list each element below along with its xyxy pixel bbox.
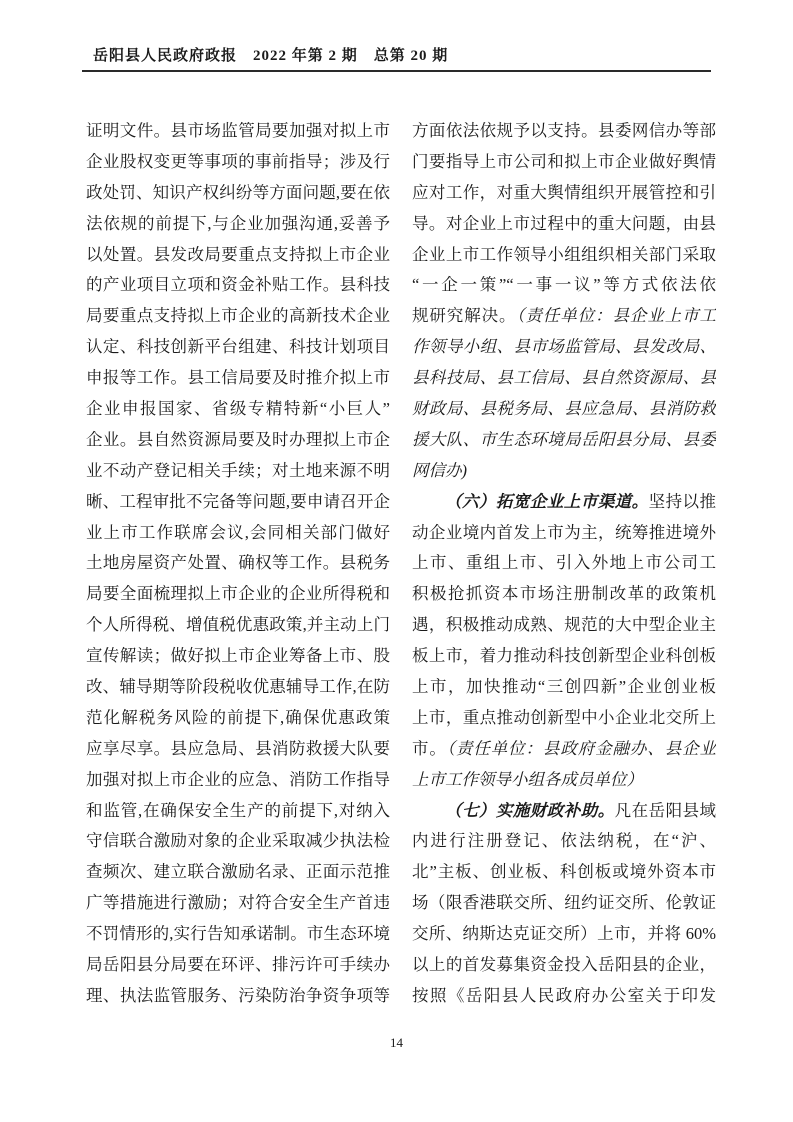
body-text: “一企一策”“一事一议”等方式依法依 bbox=[412, 275, 716, 294]
body-text: 市。 bbox=[412, 739, 447, 758]
text-line: 方面依法依规予以支持。县委网信办等部 bbox=[412, 116, 716, 147]
body-text: 企业申报国家、省级专精特新“小巨人” bbox=[86, 399, 390, 418]
body-columns: 证明文件。县市场监管局要加强对拟上市企业股权变更等事项的事前指导；涉及行政处罚、… bbox=[86, 116, 716, 1012]
text-line: 业上市工作联席会议,会同相关部门做好 bbox=[86, 518, 390, 549]
body-text: 土地房屋资产处置、确权等工作。县税务 bbox=[86, 553, 390, 572]
text-line: 个人所得税、增值税优惠政策,并主动上门 bbox=[86, 610, 390, 641]
body-text: 凡在岳阳县域 bbox=[615, 801, 716, 820]
text-line: 认定、科技创新平台组建、科技计划项目 bbox=[86, 332, 390, 363]
text-line: （七）实施财政补助。凡在岳阳县域 bbox=[412, 796, 716, 827]
body-text: 改、辅导期等阶段税收优惠辅导工作,在防 bbox=[86, 677, 390, 696]
text-line: 以处置。县发改局要重点支持拟上市企业 bbox=[86, 240, 390, 271]
text-line: 加强对拟上市企业的应急、消防工作指导 bbox=[86, 765, 390, 796]
text-line: 作领导小组、县市场监管局、县发改局、 bbox=[412, 332, 716, 363]
body-text: 范化解税务风险的前提下,确保优惠政策 bbox=[86, 708, 390, 727]
text-line: 上市，重点推动创新型中小企业北交所上 bbox=[412, 703, 716, 734]
text-line: 应对工作，对重大舆情组织开展管控和引 bbox=[412, 178, 716, 209]
text-line: 企业。县自然资源局要及时办理拟上市企 bbox=[86, 425, 390, 456]
body-text: 宣传解读；做好拟上市企业筹备上市、股 bbox=[86, 646, 390, 665]
text-line: 县科技局、县工信局、县自然资源局、县 bbox=[412, 363, 716, 394]
body-text: 的产业项目立项和资金补贴工作。县科技 bbox=[86, 275, 390, 294]
text-line: 申报等工作。县工信局要及时推介拟上市 bbox=[86, 363, 390, 394]
body-text: 不罚情形的,实行告知承诺制。市生态环境 bbox=[86, 924, 390, 943]
emphasis-text: （责任单位：县企业上市工 bbox=[516, 306, 716, 325]
body-text: 企业上市工作领导小组组织相关部门采取 bbox=[412, 245, 716, 264]
text-line: 局岳阳县分局要在环评、排污许可手续办 bbox=[86, 950, 390, 981]
body-text: 上市，重点推动创新型中小企业北交所上 bbox=[412, 708, 716, 727]
text-line: 门要指导上市公司和拟上市企业做好舆情 bbox=[412, 147, 716, 178]
text-line: 遇，积极推动成熟、规范的大中型企业主 bbox=[412, 610, 716, 641]
emphasis-text: 援大队、市生态环境局岳阳县分局、县委 bbox=[412, 430, 716, 449]
body-text: 以处置。县发改局要重点支持拟上市企业 bbox=[86, 245, 390, 264]
body-text: 法依规的前提下,与企业加强沟通,妥善予 bbox=[86, 214, 390, 233]
text-line: 交所、纳斯达克证交所）上市，并将 60% bbox=[412, 919, 716, 950]
text-line: 援大队、市生态环境局岳阳县分局、县委 bbox=[412, 425, 716, 456]
text-line: 晰、工程审批不完备等问题,要申请召开企 bbox=[86, 487, 390, 518]
body-text: 个人所得税、增值税优惠政策,并主动上门 bbox=[86, 615, 390, 634]
text-line: 市。（责任单位：县政府金融办、县企业 bbox=[412, 734, 716, 765]
text-line: 应享尽享。县应急局、县消防救援大队要 bbox=[86, 734, 390, 765]
text-line: 板上市，着力推动科技创新型企业科创板 bbox=[412, 641, 716, 672]
body-text: 申报等工作。县工信局要及时推介拟上市 bbox=[86, 368, 390, 387]
body-text: 上市，加快推动“三创四新”企业创业板 bbox=[412, 677, 716, 696]
body-text: 晰、工程审批不完备等问题,要申请召开企 bbox=[86, 492, 390, 511]
text-line: 北”主板、创业板、科创板或境外资本市 bbox=[412, 857, 716, 888]
body-text: 积极抢抓资本市场注册制改革的政策机 bbox=[412, 584, 716, 603]
text-line: 法依规的前提下,与企业加强沟通,妥善予 bbox=[86, 209, 390, 240]
text-line: 证明文件。县市场监管局要加强对拟上市 bbox=[86, 116, 390, 147]
text-line: 不罚情形的,实行告知承诺制。市生态环境 bbox=[86, 919, 390, 950]
page-number: 14 bbox=[0, 1035, 793, 1051]
emphasis-text: 县科技局、县工信局、县自然资源局、县 bbox=[412, 368, 716, 387]
text-line: 场（限香港联交所、纽约证交所、伦敦证 bbox=[412, 888, 716, 919]
text-line: 以上的首发募集资金投入岳阳县的企业， bbox=[412, 950, 716, 981]
document-page: 岳阳县人民政府政报 2022 年第 2 期 总第 20 期 证明文件。县市场监管… bbox=[0, 0, 793, 1122]
body-text: 北”主板、创业板、科创板或境外资本市 bbox=[412, 862, 716, 881]
body-text: 证明文件。县市场监管局要加强对拟上市 bbox=[86, 121, 390, 140]
text-line: 土地房屋资产处置、确权等工作。县税务 bbox=[86, 548, 390, 579]
text-line: 广等措施进行激励；对符合安全生产首违 bbox=[86, 888, 390, 919]
text-line: 政处罚、知识产权纠纷等方面问题,要在依 bbox=[86, 178, 390, 209]
text-line: 局要全面梳理拟上市企业的企业所得税和 bbox=[86, 579, 390, 610]
body-text: 交所、纳斯达克证交所）上市，并将 60% bbox=[412, 924, 716, 943]
body-text: 内进行注册登记、依法纳税，在“沪、深、 bbox=[412, 831, 716, 857]
text-line: 业不动产登记相关手续；对土地来源不明 bbox=[86, 456, 390, 487]
emphasis-text: 网信办) bbox=[412, 461, 467, 480]
text-line: “一企一策”“一事一议”等方式依法依 bbox=[412, 270, 716, 301]
text-line: 内进行注册登记、依法纳税，在“沪、深、 bbox=[412, 826, 716, 857]
text-line: 改、辅导期等阶段税收优惠辅导工作,在防 bbox=[86, 672, 390, 703]
body-text: 应享尽享。县应急局、县消防救援大队要 bbox=[86, 739, 390, 758]
body-text: 场（限香港联交所、纽约证交所、伦敦证 bbox=[412, 893, 716, 912]
text-line: 企业股权变更等事项的事前指导；涉及行 bbox=[86, 147, 390, 178]
text-line: 网信办) bbox=[412, 456, 716, 487]
body-text: 导。对企业上市过程中的重大问题，由县 bbox=[412, 214, 716, 233]
text-line: 规研究解决。（责任单位：县企业上市工 bbox=[412, 301, 716, 332]
gazette-header-title: 岳阳县人民政府政报 2022 年第 2 期 总第 20 期 bbox=[93, 44, 448, 65]
text-line: 上市，加快推动“三创四新”企业创业板 bbox=[412, 672, 716, 703]
text-line: 动企业境内首发上市为主，统筹推进境外 bbox=[412, 518, 716, 549]
body-text: 规研究解决。 bbox=[412, 306, 516, 325]
text-line: 上市工作领导小组各成员单位） bbox=[412, 765, 716, 796]
emphasis-text: 财政局、县税务局、县应急局、县消防救 bbox=[412, 399, 716, 418]
text-line: 企业申报国家、省级专精特新“小巨人” bbox=[86, 394, 390, 425]
text-line: 上市、重组上市、引入外地上市公司工作。 bbox=[412, 548, 716, 579]
body-text: 政处罚、知识产权纠纷等方面问题,要在依 bbox=[86, 183, 390, 202]
body-text: 按照《岳阳县人民政府办公室关于印发〈岳 bbox=[412, 986, 716, 1012]
body-text: 企业股权变更等事项的事前指导；涉及行 bbox=[86, 152, 390, 171]
body-text: 认定、科技创新平台组建、科技计划项目 bbox=[86, 337, 390, 356]
column-right: 方面依法依规予以支持。县委网信办等部门要指导上市公司和拟上市企业做好舆情应对工作… bbox=[412, 116, 716, 1012]
text-line: 局要重点支持拟上市企业的高新技术企业 bbox=[86, 301, 390, 332]
emphasis-text: 作领导小组、县市场监管局、县发改局、 bbox=[412, 337, 716, 356]
body-text: 方面依法依规予以支持。县委网信办等部 bbox=[412, 121, 716, 140]
body-text: 业上市工作联席会议,会同相关部门做好 bbox=[86, 523, 390, 542]
body-text: 查频次、建立联合激励名录、正面示范推 bbox=[86, 862, 390, 881]
body-text: 加强对拟上市企业的应急、消防工作指导 bbox=[86, 770, 390, 789]
text-line: 企业上市工作领导小组组织相关部门采取 bbox=[412, 240, 716, 271]
body-text: 上市、重组上市、引入外地上市公司工作。 bbox=[412, 553, 716, 579]
body-text: 局要全面梳理拟上市企业的企业所得税和 bbox=[86, 584, 390, 603]
body-text: 局岳阳县分局要在环评、排污许可手续办 bbox=[86, 955, 390, 974]
body-text: 守信联合激励对象的企业采取减少执法检 bbox=[86, 831, 390, 850]
text-line: 范化解税务风险的前提下,确保优惠政策 bbox=[86, 703, 390, 734]
text-line: 宣传解读；做好拟上市企业筹备上市、股 bbox=[86, 641, 390, 672]
text-line: 守信联合激励对象的企业采取减少执法检 bbox=[86, 826, 390, 857]
text-line: 理、执法监管服务、污染防治争资争项等 bbox=[86, 981, 390, 1012]
emphasis-text: 上市工作领导小组各成员单位） bbox=[412, 770, 643, 789]
body-text: 广等措施进行激励；对符合安全生产首违 bbox=[86, 893, 390, 912]
emphasis-text: （责任单位：县政府金融办、县企业 bbox=[447, 739, 716, 758]
page-header: 岳阳县人民政府政报 2022 年第 2 期 总第 20 期 bbox=[82, 44, 711, 72]
text-line: 和监管,在确保安全生产的前提下,对纳入 bbox=[86, 796, 390, 827]
body-text: 和监管,在确保安全生产的前提下,对纳入 bbox=[86, 801, 390, 820]
body-text: 以上的首发募集资金投入岳阳县的企业， bbox=[412, 955, 716, 974]
body-text: 局要重点支持拟上市企业的高新技术企业 bbox=[86, 306, 390, 325]
text-line: 财政局、县税务局、县应急局、县消防救 bbox=[412, 394, 716, 425]
body-text: 理、执法监管服务、污染防治争资争项等 bbox=[86, 986, 390, 1005]
body-text: 门要指导上市公司和拟上市企业做好舆情 bbox=[412, 152, 716, 171]
column-left: 证明文件。县市场监管局要加强对拟上市企业股权变更等事项的事前指导；涉及行政处罚、… bbox=[86, 116, 390, 1012]
text-line: 导。对企业上市过程中的重大问题，由县 bbox=[412, 209, 716, 240]
body-text: 遇，积极推动成熟、规范的大中型企业主 bbox=[412, 615, 716, 634]
body-text: 坚持以推 bbox=[649, 492, 716, 511]
body-text: 企业。县自然资源局要及时办理拟上市企 bbox=[86, 430, 390, 449]
emphasis-text: （七）实施财政补助。 bbox=[445, 801, 615, 820]
text-line: 按照《岳阳县人民政府办公室关于印发〈岳 bbox=[412, 981, 716, 1012]
text-line: 积极抢抓资本市场注册制改革的政策机 bbox=[412, 579, 716, 610]
body-text: 动企业境内首发上市为主，统筹推进境外 bbox=[412, 523, 716, 542]
text-line: 的产业项目立项和资金补贴工作。县科技 bbox=[86, 270, 390, 301]
body-text: 应对工作，对重大舆情组织开展管控和引 bbox=[412, 183, 716, 202]
text-line: 查频次、建立联合激励名录、正面示范推 bbox=[86, 857, 390, 888]
body-text: 板上市，着力推动科技创新型企业科创板 bbox=[412, 646, 716, 665]
body-text: 业不动产登记相关手续；对土地来源不明 bbox=[86, 461, 390, 480]
emphasis-text: （六）拓宽企业上市渠道。 bbox=[445, 492, 649, 511]
text-line: （六）拓宽企业上市渠道。坚持以推 bbox=[412, 487, 716, 518]
